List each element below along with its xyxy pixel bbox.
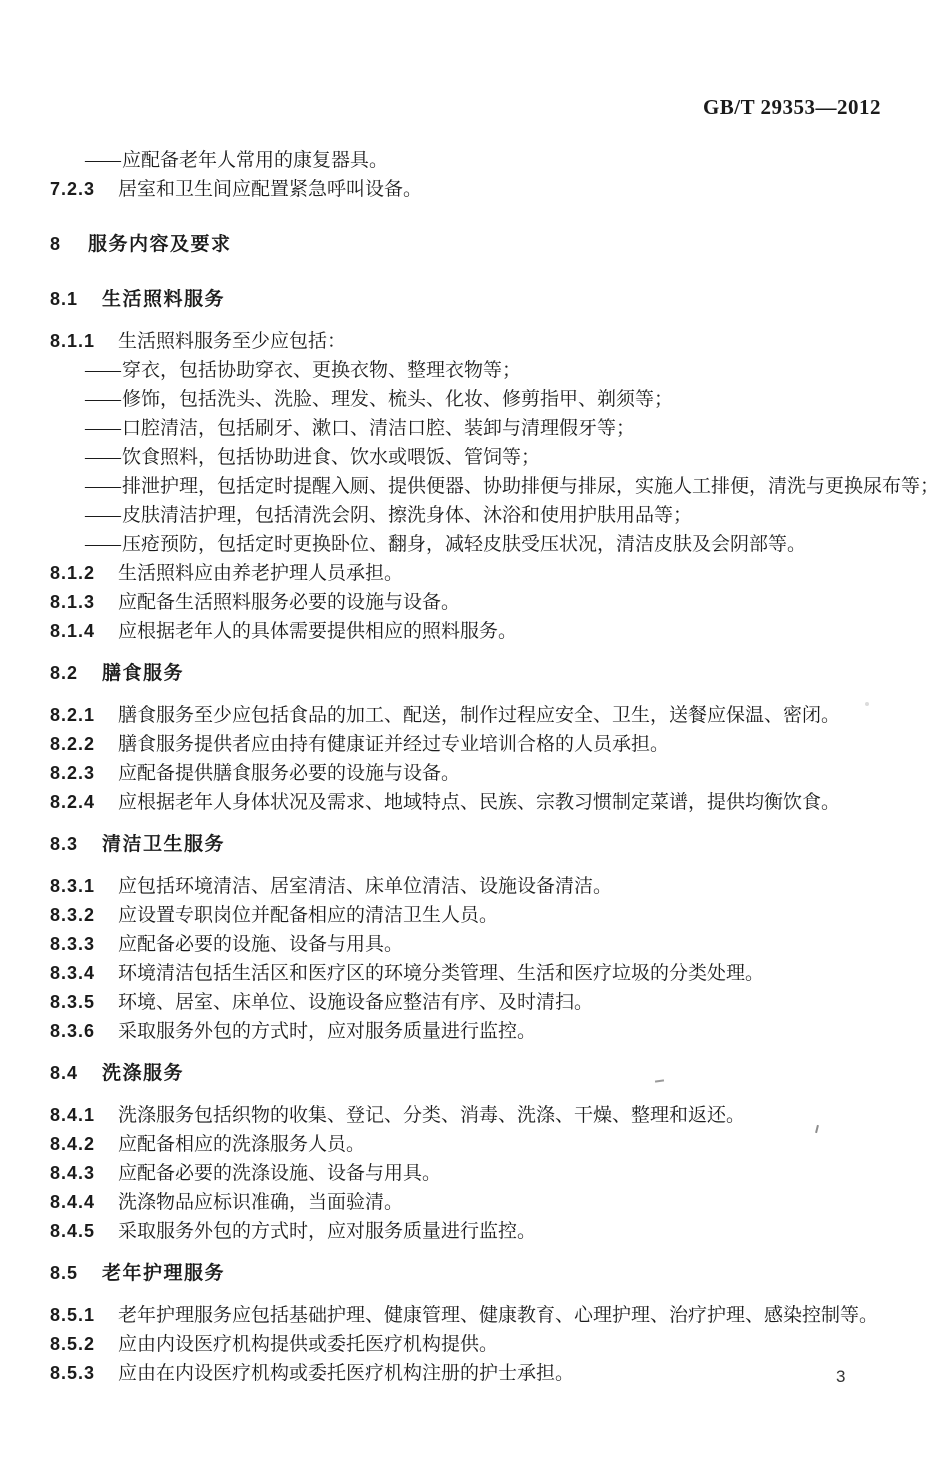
clause-row: 8.4.4洗涤物品应标识准确，当面验清。 bbox=[50, 1188, 910, 1217]
clause-row: 8.4.2应配备相应的洗涤服务人员。 bbox=[50, 1130, 910, 1159]
section-heading: 8.3清洁卫生服务 bbox=[50, 830, 910, 859]
clause-number: 8.2.3 bbox=[50, 759, 118, 788]
clause-number: 8.2.2 bbox=[50, 730, 118, 759]
dash-list-item: ——应配备老年人常用的康复器具。 bbox=[50, 146, 910, 175]
clause-number: 8.4.1 bbox=[50, 1101, 118, 1130]
dash-list-item: ——皮肤清洁护理，包括清洗会阴、擦洗身体、沐浴和使用护肤用品等； bbox=[50, 501, 910, 530]
dash-list-item: ——压疮预防，包括定时更换卧位、翻身，减轻皮肤受压状况，清洁皮肤及会阴部等。 bbox=[50, 530, 910, 559]
clause-row: 8.1.4应根据老年人的具体需要提供相应的照料服务。 bbox=[50, 617, 910, 646]
clause-text: 应包括环境清洁、居室清洁、床单位清洁、设施设备清洁。 bbox=[118, 876, 612, 897]
clause-number: 8.5.3 bbox=[50, 1359, 118, 1388]
clause-text: 应由内设医疗机构提供或委托医疗机构提供。 bbox=[118, 1334, 498, 1355]
clause-text: 应由在内设医疗机构或委托医疗机构注册的护士承担。 bbox=[118, 1363, 574, 1384]
clause-row: 8.5.3应由在内设医疗机构或委托医疗机构注册的护士承担。 bbox=[50, 1359, 910, 1388]
heading-text: 膳食服务 bbox=[102, 663, 184, 684]
clause-row: 8.3.4环境清洁包括生活区和医疗区的环境分类管理、生活和医疗垃圾的分类处理。 bbox=[50, 959, 910, 988]
clause-number: 8.1.1 bbox=[50, 327, 118, 356]
dash-list-item: ——饮食照料，包括协助进食、饮水或喂饭、管饲等； bbox=[50, 443, 910, 472]
clause-text: 皮肤清洁护理，包括清洗会阴、擦洗身体、沐浴和使用护肤用品等； bbox=[122, 505, 692, 526]
section-heading: 8.1生活照料服务 bbox=[50, 285, 910, 314]
dash-prefix: —— bbox=[85, 150, 119, 171]
dash-list-item: ——修饰，包括洗头、洗脸、理发、梳头、化妆、修剪指甲、剃须等； bbox=[50, 385, 910, 414]
standard-code-header: GB/T 29353—2012 bbox=[703, 95, 881, 120]
dash-list-item: ——口腔清洁，包括刷牙、漱口、清洁口腔、装卸与清理假牙等； bbox=[50, 414, 910, 443]
clause-text: 应根据老年人身体状况及需求、地域特点、民族、宗教习惯制定菜谱，提供均衡饮食。 bbox=[118, 792, 840, 813]
clause-row: 8.5.2应由内设医疗机构提供或委托医疗机构提供。 bbox=[50, 1330, 910, 1359]
clause-text: 应配备老年人常用的康复器具。 bbox=[122, 150, 388, 171]
page-number: 3 bbox=[836, 1367, 845, 1387]
clause-row: 8.3.6采取服务外包的方式时，应对服务质量进行监控。 bbox=[50, 1017, 910, 1046]
clause-number: 8.3.2 bbox=[50, 901, 118, 930]
clause-text: 环境、居室、床单位、设施设备应整洁有序、及时清扫。 bbox=[118, 992, 593, 1013]
chapter-heading: 8服务内容及要求 bbox=[50, 230, 910, 259]
clause-number: 8.5.1 bbox=[50, 1301, 118, 1330]
clause-row: 8.1.1生活照料服务至少应包括： bbox=[50, 327, 910, 356]
clause-number: 8.1 bbox=[50, 285, 102, 314]
clause-row: 8.3.3应配备必要的设施、设备与用具。 bbox=[50, 930, 910, 959]
clause-text: 采取服务外包的方式时，应对服务质量进行监控。 bbox=[118, 1021, 536, 1042]
clause-text: 口腔清洁，包括刷牙、漱口、清洁口腔、装卸与清理假牙等； bbox=[122, 418, 635, 439]
clause-text: 修饰，包括洗头、洗脸、理发、梳头、化妆、修剪指甲、剃须等； bbox=[122, 389, 673, 410]
heading-text: 服务内容及要求 bbox=[88, 234, 232, 255]
clause-number: 8.4.4 bbox=[50, 1188, 118, 1217]
clause-number: 8.1.2 bbox=[50, 559, 118, 588]
clause-row: 7.2.3居室和卫生间应配置紧急呼叫设备。 bbox=[50, 175, 910, 204]
clause-text: 膳食服务至少应包括食品的加工、配送，制作过程应安全、卫生，送餐应保温、密闭。 bbox=[118, 705, 840, 726]
clause-text: 应配备生活照料服务必要的设施与设备。 bbox=[118, 592, 460, 613]
scan-artifact bbox=[865, 702, 869, 706]
clause-number: 8.3.4 bbox=[50, 959, 118, 988]
clause-text: 应配备提供膳食服务必要的设施与设备。 bbox=[118, 763, 460, 784]
clause-row: 8.3.5环境、居室、床单位、设施设备应整洁有序、及时清扫。 bbox=[50, 988, 910, 1017]
clause-text: 穿衣，包括协助穿衣、更换衣物、整理衣物等； bbox=[122, 360, 521, 381]
clause-text: 应根据老年人的具体需要提供相应的照料服务。 bbox=[118, 621, 517, 642]
clause-text: 洗涤物品应标识准确，当面验清。 bbox=[118, 1192, 403, 1213]
dash-prefix: —— bbox=[85, 360, 119, 381]
dash-prefix: —— bbox=[85, 534, 119, 555]
document-page: GB/T 29353—2012 ——应配备老年人常用的康复器具。7.2.3居室和… bbox=[0, 0, 949, 1458]
section-heading: 8.2膳食服务 bbox=[50, 659, 910, 688]
clause-number: 8.3.3 bbox=[50, 930, 118, 959]
dash-prefix: —— bbox=[85, 447, 119, 468]
clause-number: 8.2 bbox=[50, 659, 102, 688]
clause-number: 8.1.4 bbox=[50, 617, 118, 646]
clause-text: 生活照料应由养老护理人员承担。 bbox=[118, 563, 403, 584]
clause-text: 老年护理服务应包括基础护理、健康管理、健康教育、心理护理、治疗护理、感染控制等。 bbox=[118, 1305, 878, 1326]
heading-text: 生活照料服务 bbox=[102, 289, 225, 310]
clause-text: 环境清洁包括生活区和医疗区的环境分类管理、生活和医疗垃圾的分类处理。 bbox=[118, 963, 764, 984]
clause-text: 洗涤服务包括织物的收集、登记、分类、消毒、洗涤、干燥、整理和返还。 bbox=[118, 1105, 745, 1126]
clause-number: 8.5.2 bbox=[50, 1330, 118, 1359]
clause-row: 8.1.3应配备生活照料服务必要的设施与设备。 bbox=[50, 588, 910, 617]
clause-number: 8 bbox=[50, 230, 88, 259]
heading-text: 老年护理服务 bbox=[102, 1263, 225, 1284]
clause-number: 8.5 bbox=[50, 1259, 102, 1288]
heading-text: 清洁卫生服务 bbox=[102, 834, 225, 855]
clause-number: 8.2.1 bbox=[50, 701, 118, 730]
clause-row: 8.2.3应配备提供膳食服务必要的设施与设备。 bbox=[50, 759, 910, 788]
clause-row: 8.1.2生活照料应由养老护理人员承担。 bbox=[50, 559, 910, 588]
clause-row: 8.4.1洗涤服务包括织物的收集、登记、分类、消毒、洗涤、干燥、整理和返还。 bbox=[50, 1101, 910, 1130]
section-heading: 8.5老年护理服务 bbox=[50, 1259, 910, 1288]
clause-text: 膳食服务提供者应由持有健康证并经过专业培训合格的人员承担。 bbox=[118, 734, 669, 755]
clause-text: 应设置专职岗位并配备相应的清洁卫生人员。 bbox=[118, 905, 498, 926]
clause-row: 8.2.2膳食服务提供者应由持有健康证并经过专业培训合格的人员承担。 bbox=[50, 730, 910, 759]
clause-row: 8.2.4应根据老年人身体状况及需求、地域特点、民族、宗教习惯制定菜谱，提供均衡… bbox=[50, 788, 910, 817]
clause-number: 8.4.2 bbox=[50, 1130, 118, 1159]
clause-text: 应配备相应的洗涤服务人员。 bbox=[118, 1134, 365, 1155]
clause-row: 8.2.1膳食服务至少应包括食品的加工、配送，制作过程应安全、卫生，送餐应保温、… bbox=[50, 701, 910, 730]
dash-prefix: —— bbox=[85, 389, 119, 410]
clause-number: 8.4 bbox=[50, 1059, 102, 1088]
clause-row: 8.5.1老年护理服务应包括基础护理、健康管理、健康教育、心理护理、治疗护理、感… bbox=[50, 1301, 910, 1330]
clause-row: 8.4.3应配备必要的洗涤设施、设备与用具。 bbox=[50, 1159, 910, 1188]
clause-row: 8.3.1应包括环境清洁、居室清洁、床单位清洁、设施设备清洁。 bbox=[50, 872, 910, 901]
clause-row: 8.4.5采取服务外包的方式时，应对服务质量进行监控。 bbox=[50, 1217, 910, 1246]
dash-list-item: ——穿衣，包括协助穿衣、更换衣物、整理衣物等； bbox=[50, 356, 910, 385]
dash-prefix: —— bbox=[85, 476, 119, 497]
clause-text: 应配备必要的设施、设备与用具。 bbox=[118, 934, 403, 955]
clause-number: 8.4.5 bbox=[50, 1217, 118, 1246]
clause-number: 8.3.1 bbox=[50, 872, 118, 901]
clause-number: 8.3.6 bbox=[50, 1017, 118, 1046]
clause-number: 8.3 bbox=[50, 830, 102, 859]
clause-number: 8.1.3 bbox=[50, 588, 118, 617]
clause-number: 8.2.4 bbox=[50, 788, 118, 817]
clause-number: 8.3.5 bbox=[50, 988, 118, 1017]
clause-text: 应配备必要的洗涤设施、设备与用具。 bbox=[118, 1163, 441, 1184]
clause-text: 采取服务外包的方式时，应对服务质量进行监控。 bbox=[118, 1221, 536, 1242]
content-area: ——应配备老年人常用的康复器具。7.2.3居室和卫生间应配置紧急呼叫设备。8服务… bbox=[50, 146, 910, 1388]
clause-text: 居室和卫生间应配置紧急呼叫设备。 bbox=[118, 179, 422, 200]
dash-list-item: ——排泄护理，包括定时提醒入厕、提供便器、协助排便与排尿，实施人工排便，清洗与更… bbox=[50, 472, 910, 501]
clause-text: 排泄护理，包括定时提醒入厕、提供便器、协助排便与排尿，实施人工排便，清洗与更换尿… bbox=[122, 476, 939, 497]
clause-text: 压疮预防，包括定时更换卧位、翻身，减轻皮肤受压状况，清洁皮肤及会阴部等。 bbox=[122, 534, 806, 555]
clause-text: 饮食照料，包括协助进食、饮水或喂饭、管饲等； bbox=[122, 447, 540, 468]
dash-prefix: —— bbox=[85, 418, 119, 439]
clause-row: 8.3.2应设置专职岗位并配备相应的清洁卫生人员。 bbox=[50, 901, 910, 930]
clause-number: 8.4.3 bbox=[50, 1159, 118, 1188]
heading-text: 洗涤服务 bbox=[102, 1063, 184, 1084]
section-heading: 8.4洗涤服务 bbox=[50, 1059, 910, 1088]
clause-number: 7.2.3 bbox=[50, 175, 118, 204]
dash-prefix: —— bbox=[85, 505, 119, 526]
clause-text: 生活照料服务至少应包括： bbox=[118, 331, 346, 352]
